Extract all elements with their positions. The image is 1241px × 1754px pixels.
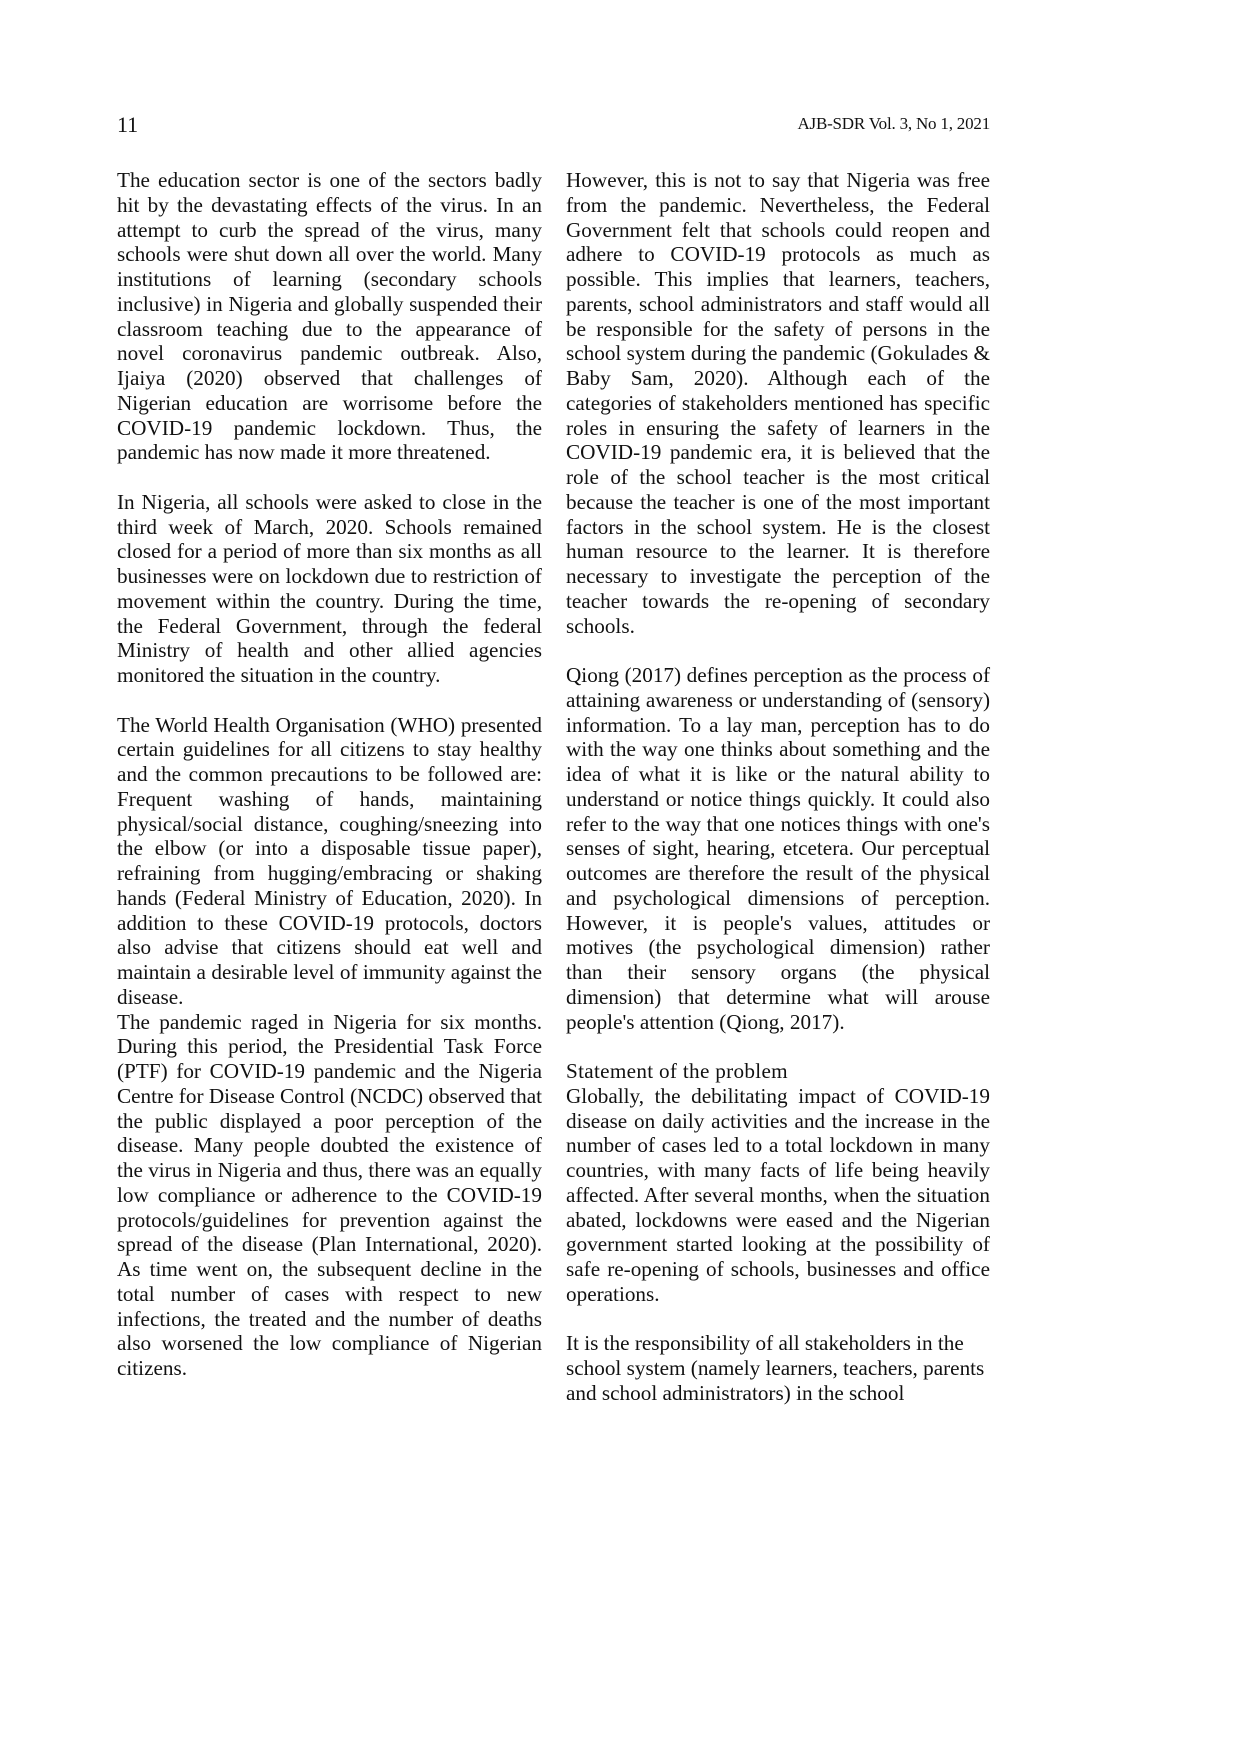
journal-reference: AJB-SDR Vol. 3, No 1, 2021 (797, 114, 990, 134)
paragraph-pandemic-raged: The pandemic raged in Nigeria for six mo… (117, 1010, 542, 1381)
paragraph-who-guidelines: The World Health Organisation (WHO) pres… (117, 713, 542, 1010)
paragraph-globally-impact: Globally, the debilitating impact of COV… (566, 1084, 990, 1307)
page-number: 11 (117, 112, 138, 138)
section-heading-statement-of-problem: Statement of the problem (566, 1059, 990, 1084)
paragraph-nigeria-school-closure: In Nigeria, all schools were asked to cl… (117, 490, 542, 688)
paragraph-qiong-perception: Qiong (2017) defines perception as the p… (566, 663, 990, 1034)
paragraph-stakeholder-responsibility: It is the responsibility of all stakehol… (566, 1331, 990, 1405)
paragraph-education-sector: The education sector is one of the secto… (117, 168, 542, 465)
page-header: 11 AJB-SDR Vol. 3, No 1, 2021 (117, 112, 990, 142)
paragraph-nigeria-not-free: However, this is not to say that Nigeria… (566, 168, 990, 638)
right-column: However, this is not to say that Nigeria… (566, 168, 990, 1406)
left-column: The education sector is one of the secto… (117, 168, 542, 1381)
